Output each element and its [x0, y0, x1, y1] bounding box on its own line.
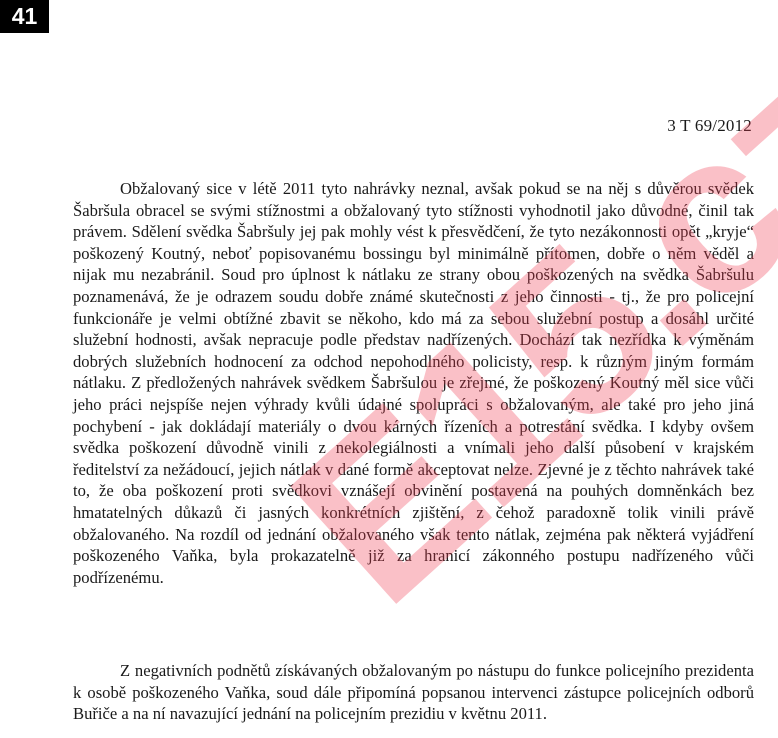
- document-body-paragraph-2: Z negativních podnětů získávaných obžalo…: [73, 660, 754, 725]
- document-body-paragraph-1: Obžalovaný sice v létě 2011 tyto nahrávk…: [73, 178, 754, 588]
- paragraph-text: Obžalovaný sice v létě 2011 tyto nahrávk…: [73, 178, 754, 588]
- page-number-badge: 41: [0, 0, 49, 33]
- paragraph-text: Z negativních podnětů získávaných obžalo…: [73, 660, 754, 725]
- case-number: 3 T 69/2012: [667, 116, 752, 136]
